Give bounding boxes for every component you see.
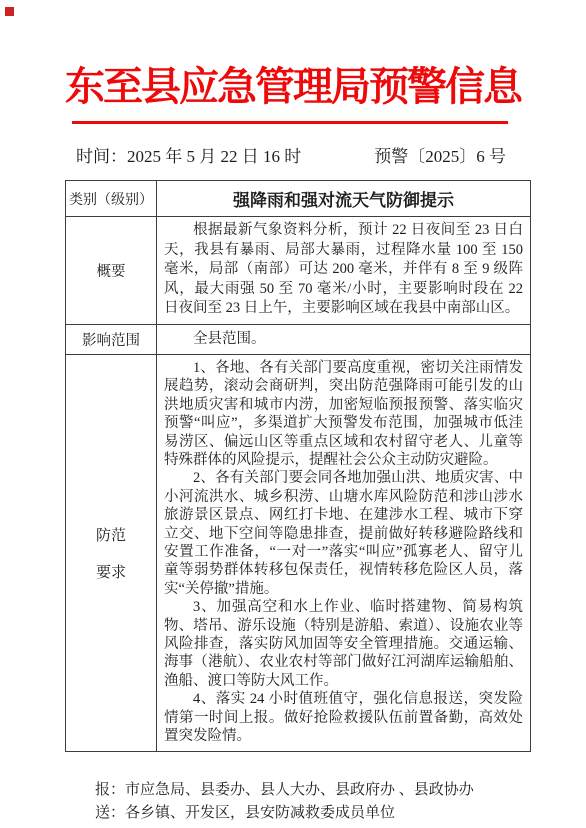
table-row-scope: 影响范围 全县范围。	[66, 324, 531, 354]
measures-paragraph-1: 1、各地、各有关部门要高度重视，密切关注雨情发展趋势，滚动会商研判，突出防范强降…	[164, 359, 523, 469]
doc-number: 预警〔2025〕6 号	[374, 142, 506, 167]
category-value: 强降雨和强对流天气防御提示	[157, 181, 531, 217]
measures-paragraph-3: 3、加强高空和水上作业、临时搭建物、简易构筑物、塔吊、游乐设施（特别是游船、索道…	[164, 598, 523, 690]
warning-info-table: 类别（级别） 强降雨和强对流天气防御提示 概要 根据最新气象资料分析，预计 22…	[65, 180, 531, 752]
measures-label-line1: 防范	[66, 524, 156, 545]
send-to-line: 送：各乡镇、开发区，县安防减救委成员单位	[95, 802, 566, 825]
table-row-category: 类别（级别） 强降雨和强对流天气防御提示	[66, 181, 531, 217]
document-page: 东至县应急管理局预警信息 时间：2025 年 5 月 22 日 16 时 预警〔…	[0, 0, 586, 828]
summary-text: 根据最新气象资料分析，预计 22 日夜间至 23 日白天，我县有暴雨、局部大暴雨…	[164, 221, 523, 319]
scope-text: 全县范围。	[157, 325, 530, 354]
red-corner-mark	[5, 7, 14, 16]
summary-label: 概要	[66, 217, 157, 325]
category-label: 类别（级别）	[66, 181, 157, 217]
measures-paragraph-4: 4、落实 24 小时值班值守，强化信息报送，突发险情第一时间上报。做好抢险救援队…	[164, 690, 523, 745]
table-row-summary: 概要 根据最新气象资料分析，预计 22 日夜间至 23 日白天，我县有暴雨、局部…	[66, 217, 531, 325]
title-underline	[72, 121, 508, 124]
measures-paragraph-2: 2、各有关部门要会同各地加强山洪、地质灾害、中小河流洪水、城乡积涝、山塘水库风险…	[164, 469, 523, 598]
table-row-measures: 防范 要求 1、各地、各有关部门要高度重视，密切关注雨情发展趋势，滚动会商研判，…	[66, 354, 531, 751]
meta-row: 时间：2025 年 5 月 22 日 16 时 预警〔2025〕6 号	[76, 142, 506, 167]
scope-label: 影响范围	[66, 324, 157, 354]
measures-label: 防范 要求	[66, 524, 156, 582]
page-title: 东至县应急管理局预警信息	[30, 64, 556, 110]
report-to-line: 报：市应急局、县委办、县人大办、县政府办 、县政协办	[95, 779, 566, 802]
distribution-block: 报：市应急局、县委办、县人大办、县政府办 、县政协办 送：各乡镇、开发区，县安防…	[95, 779, 566, 825]
issue-time: 时间：2025 年 5 月 22 日 16 时	[76, 142, 301, 167]
measures-label-line2: 要求	[66, 561, 156, 582]
